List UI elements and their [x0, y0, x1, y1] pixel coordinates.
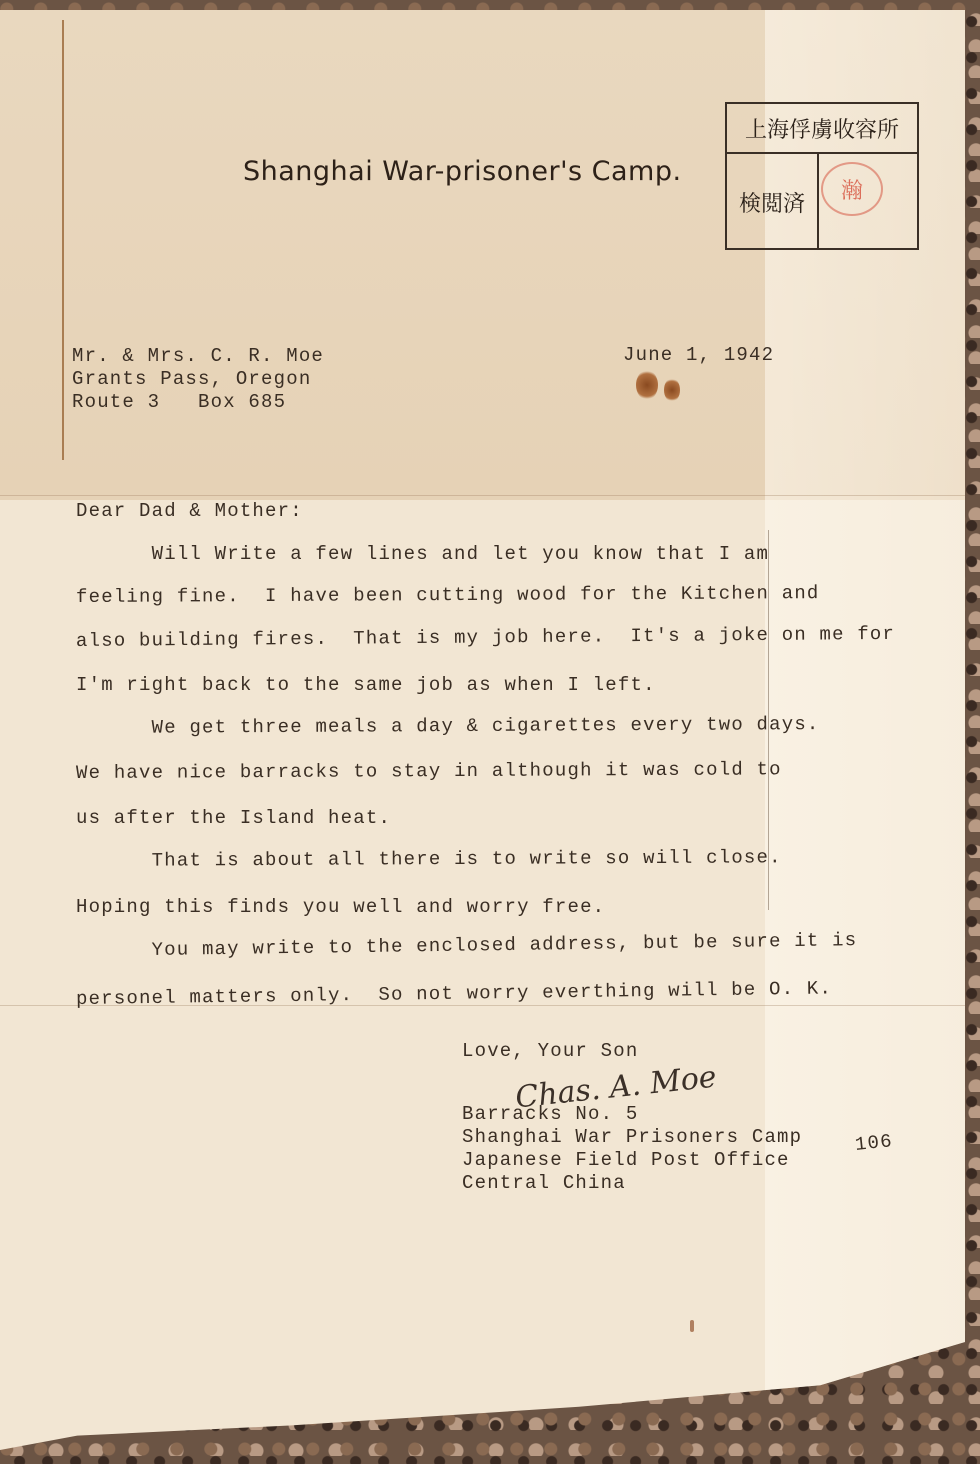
return-line: Central China: [462, 1172, 802, 1195]
recipient-address: Mr. & Mrs. C. R. MoeGrants Pass, OregonR…: [72, 345, 324, 414]
body-line: Hoping this finds you well and worry fre…: [76, 896, 605, 918]
body-line: That is about all there is to write so w…: [76, 846, 782, 872]
return-line: Barracks No. 5: [462, 1103, 802, 1126]
fold-crease-horizontal: [0, 495, 965, 496]
body-line: You may write to the enclosed address, b…: [76, 929, 858, 962]
body-line: Will Write a few lines and let you know …: [76, 543, 769, 565]
letter-date: June 1, 1942: [623, 344, 774, 366]
stain-mark: [690, 1320, 694, 1332]
body-line: feeling fine. I have been cutting wood f…: [76, 582, 820, 608]
stain-mark: [664, 378, 680, 402]
body-line: us after the Island heat.: [76, 807, 391, 829]
recipient-line: Mr. & Mrs. C. R. Moe: [72, 345, 324, 368]
body-line: I'm right back to the same job as when I…: [76, 674, 656, 696]
censor-stamp-box: 上海俘虜收容所 検閲済 瀚: [725, 102, 919, 250]
fold-crease-vertical: [62, 20, 64, 460]
stain-mark: [636, 370, 658, 400]
closing: Love, Your Son: [462, 1040, 638, 1062]
censor-stamp-label: 検閲済: [727, 154, 819, 250]
recipient-line: Route 3 Box 685: [72, 391, 324, 414]
recipient-line: Grants Pass, Oregon: [72, 368, 324, 391]
censor-seal-cell: 瀚: [819, 154, 917, 250]
body-line: We get three meals a day & cigarettes ev…: [76, 713, 820, 739]
letter-paper: Shanghai War-prisoner's Camp. 上海俘虜收容所 検閲…: [0, 10, 965, 1450]
return-line: Shanghai War Prisoners Camp: [462, 1126, 802, 1149]
return-line: Japanese Field Post Office: [462, 1149, 802, 1172]
censor-stamp-title: 上海俘虜收容所: [727, 104, 917, 154]
red-seal-icon: 瀚: [821, 162, 883, 216]
body-line: We have nice barracks to stay in althoug…: [76, 758, 782, 784]
return-address: Barracks No. 5Shanghai War Prisoners Cam…: [462, 1103, 802, 1195]
salutation: Dear Dad & Mother:: [76, 500, 303, 522]
letterhead-title: Shanghai War-prisoner's Camp.: [243, 156, 682, 187]
post-office-number: 106: [854, 1130, 894, 1156]
